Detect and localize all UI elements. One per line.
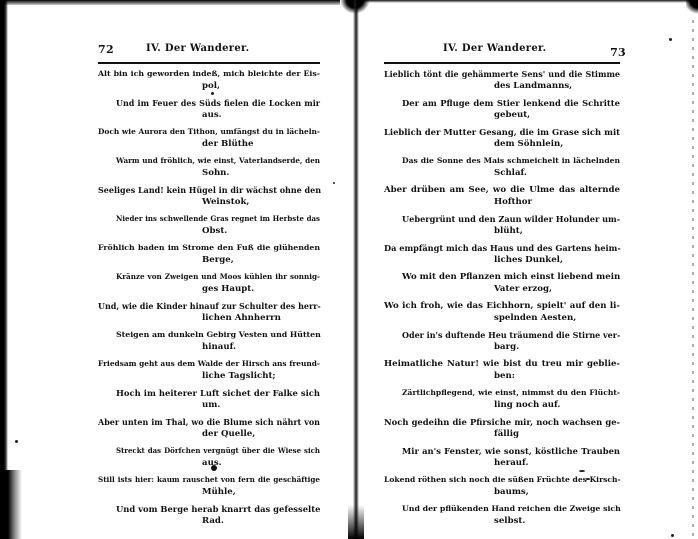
verse: Aber unten im Thal, wo die Blume sich nä… bbox=[98, 416, 320, 440]
verse-line-continuation: spelnden Aesten, bbox=[384, 312, 620, 324]
header-rule bbox=[98, 62, 320, 64]
verse-line-continuation: um. bbox=[98, 399, 320, 411]
verse-line-continuation: liche Tagslicht; bbox=[98, 370, 320, 382]
verse: Doch wie Aurora den Tithon, umfängst du … bbox=[98, 126, 320, 150]
verse: Still ists hier: kaum rauschet von fern … bbox=[98, 474, 320, 498]
gutter-shadow bbox=[348, 505, 364, 539]
header-rule bbox=[384, 62, 620, 64]
verse-line: Mir an's Fenster, wie sonst, köstliche T… bbox=[384, 445, 620, 457]
verse-line: Und im Feuer des Süds fielen die Locken … bbox=[98, 97, 320, 109]
verse: Das die Sonne des Mais schmeichelt in lä… bbox=[384, 155, 620, 179]
verse-line: Streckt das Dörfchen vergnügt über die W… bbox=[98, 445, 320, 457]
verse-line: Wo ich froh, wie das Eichhorn, spielt' a… bbox=[384, 300, 620, 312]
verse: Wo mit den Pflanzen mich einst liebend m… bbox=[384, 271, 620, 295]
verse-line: Uebergrünt und den Zaun wilder Holunder … bbox=[384, 213, 620, 225]
page-number: 72 bbox=[98, 43, 114, 56]
verse-list: Alt bin ich geworden indeß, mich bleicht… bbox=[98, 68, 320, 527]
scan-speck bbox=[15, 440, 18, 443]
running-head-title: IV. Der Wanderer. bbox=[443, 43, 546, 54]
verse-line: Zärtlichpflegend, wie einst, nimmst du d… bbox=[384, 387, 620, 399]
verse: Heimatliche Natur! wie bist du treu mir … bbox=[384, 358, 620, 382]
verse: Und vom Berge herab knarrt das gefesselt… bbox=[98, 503, 320, 527]
verse: Fröhlich baden im Strome den Fuß die glü… bbox=[98, 242, 320, 266]
verse-line: Der am Pfluge dem Stier lenkend die Schr… bbox=[384, 97, 620, 109]
verse: Lieblich der Mutter Gesang, die im Grase… bbox=[384, 126, 620, 150]
verse: Alt bin ich geworden indeß, mich bleicht… bbox=[98, 68, 320, 92]
verse-line: Seeliges Land! kein Hügel in dir wächst … bbox=[98, 184, 320, 196]
verse-line-continuation: liches Dunkel, bbox=[384, 254, 620, 266]
verse: Steigen am dunkeln Gebirg Vesten und Hüt… bbox=[98, 329, 320, 353]
verse-line: Kränze von Zweigen und Moos kühlen ihr s… bbox=[98, 271, 320, 283]
scan-speck bbox=[669, 38, 672, 41]
verse-line-continuation: Sohn. bbox=[98, 167, 320, 179]
verse-line-continuation: ben: bbox=[384, 370, 620, 382]
verse: Lokend röthen sich noch die süßen Frücht… bbox=[384, 474, 620, 498]
verse-line: Das die Sonne des Mais schmeichelt in lä… bbox=[384, 155, 620, 167]
verse-line: Warm und fröhlich, wie einst, Vaterlands… bbox=[98, 155, 320, 167]
verse-line: Nieder ins schwellende Gras regnet im He… bbox=[98, 213, 320, 225]
verse: Kränze von Zweigen und Moos kühlen ihr s… bbox=[98, 271, 320, 295]
verse-line: Lieblich tönt die gehämmerte Sens' und d… bbox=[384, 68, 620, 80]
verse: Seeliges Land! kein Hügel in dir wächst … bbox=[98, 184, 320, 208]
scan-speck bbox=[586, 478, 590, 480]
verse-line-continuation: fällig bbox=[384, 428, 620, 440]
verse-line: Und der pflükenden Hand reichen die Zwei… bbox=[384, 503, 620, 515]
verse-line: Aber drüben am See, wo die Ulme das alte… bbox=[384, 184, 620, 196]
end-ornament bbox=[211, 465, 217, 471]
verse-line-continuation: Vater erzog, bbox=[384, 283, 620, 295]
verse: Lieblich tönt die gehämmerte Sens' und d… bbox=[384, 68, 620, 92]
verse: Aber drüben am See, wo die Ulme das alte… bbox=[384, 184, 620, 208]
page-number: 73 bbox=[610, 46, 626, 59]
book-gutter bbox=[353, 0, 359, 539]
book-spread: 72 IV. Der Wanderer. Alt bin ich geworde… bbox=[0, 0, 698, 539]
verse-line: Und, wie die Kinder hinauf zur Schulter … bbox=[98, 300, 320, 312]
verse-line-continuation: dem Söhnlein, bbox=[384, 138, 620, 150]
verse-line-continuation: lichen Ahnherrn bbox=[98, 312, 320, 324]
scan-speck bbox=[671, 534, 674, 537]
book-edge-left bbox=[0, 0, 8, 539]
verse: Oder in's duftende Heu träumend die Stir… bbox=[384, 329, 620, 353]
verse-line-continuation: Obst. bbox=[98, 225, 320, 237]
verse-line: Da empfängt mich das Haus und des Garten… bbox=[384, 242, 620, 254]
verse: Warm und fröhlich, wie einst, Vaterlands… bbox=[98, 155, 320, 179]
verse-line-continuation: der Quelle, bbox=[98, 428, 320, 440]
verse-line: Lieblich der Mutter Gesang, die im Grase… bbox=[384, 126, 620, 138]
verse: Und im Feuer des Süds fielen die Locken … bbox=[98, 97, 320, 121]
verse-line-continuation: Hofthor bbox=[384, 196, 620, 208]
page-curl-shadow bbox=[0, 470, 22, 539]
verse-line-continuation: Mühle, bbox=[98, 486, 320, 498]
verse-line: Noch gedeihn die Pfirsiche mir, noch wac… bbox=[384, 416, 620, 428]
verse: Streckt das Dörfchen vergnügt über die W… bbox=[98, 445, 320, 469]
verse-line: Heimatliche Natur! wie bist du treu mir … bbox=[384, 358, 620, 370]
verse-line-continuation: ling noch auf. bbox=[384, 399, 620, 411]
book-edge-right bbox=[692, 20, 694, 539]
verse-line-continuation: aus. bbox=[98, 457, 320, 469]
verse-line-continuation: Schlaf. bbox=[384, 167, 620, 179]
running-head: IV. Der Wanderer. 73 bbox=[398, 43, 620, 57]
verse-line-continuation: barg. bbox=[384, 341, 620, 353]
verse-line-continuation: selbst. bbox=[384, 515, 620, 527]
scan-speck bbox=[333, 182, 335, 184]
verse-line-continuation: pol, bbox=[98, 80, 320, 92]
verse: Nieder ins schwellende Gras regnet im He… bbox=[98, 213, 320, 237]
verse-line-continuation: blüht, bbox=[384, 225, 620, 237]
verse-line-continuation: herauf. bbox=[384, 457, 620, 469]
left-page: 72 IV. Der Wanderer. Alt bin ich geworde… bbox=[98, 0, 320, 539]
verse-line: Fröhlich baden im Strome den Fuß die glü… bbox=[98, 242, 320, 254]
verse: Uebergrünt und den Zaun wilder Holunder … bbox=[384, 213, 620, 237]
verse: Wo ich froh, wie das Eichhorn, spielt' a… bbox=[384, 300, 620, 324]
verse-line-continuation: hinauf. bbox=[98, 341, 320, 353]
verse-line-continuation: baums, bbox=[384, 486, 620, 498]
verse-line: Still ists hier: kaum rauschet von fern … bbox=[98, 474, 320, 486]
verse: Zärtlichpflegend, wie einst, nimmst du d… bbox=[384, 387, 620, 411]
verse-line-continuation: der Blüthe bbox=[98, 138, 320, 150]
verse-line-continuation: gebeut, bbox=[384, 109, 620, 121]
verse: Und der pflükenden Hand reichen die Zwei… bbox=[384, 503, 620, 527]
verse-list: Lieblich tönt die gehämmerte Sens' und d… bbox=[384, 68, 620, 527]
verse-line: Alt bin ich geworden indeß, mich bleicht… bbox=[98, 68, 320, 80]
verse: Der am Pfluge dem Stier lenkend die Schr… bbox=[384, 97, 620, 121]
verse: Mir an's Fenster, wie sonst, köstliche T… bbox=[384, 445, 620, 469]
verse-line: Wo mit den Pflanzen mich einst liebend m… bbox=[384, 271, 620, 283]
verse: Friedsam geht aus dem Walde der Hirsch a… bbox=[98, 358, 320, 382]
verse-line: Und vom Berge herab knarrt das gefesselt… bbox=[98, 503, 320, 515]
verse-line: Steigen am dunkeln Gebirg Vesten und Hüt… bbox=[98, 329, 320, 341]
verse: Hoch im heiterer Luft sichet der Falke s… bbox=[98, 387, 320, 411]
verse: Noch gedeihn die Pfirsiche mir, noch wac… bbox=[384, 416, 620, 440]
verse-line-continuation: ges Haupt. bbox=[98, 283, 320, 295]
verse-line-continuation: Rad. bbox=[98, 515, 320, 527]
verse-line: Friedsam geht aus dem Walde der Hirsch a… bbox=[98, 358, 320, 370]
verse-line-continuation: aus. bbox=[98, 109, 320, 121]
verse-line-continuation: des Landmanns, bbox=[384, 80, 620, 92]
scan-speck bbox=[211, 92, 214, 95]
verse-line-continuation: Weinstok, bbox=[98, 196, 320, 208]
verse: Und, wie die Kinder hinauf zur Schulter … bbox=[98, 300, 320, 324]
verse-line: Aber unten im Thal, wo die Blume sich nä… bbox=[98, 416, 320, 428]
right-page: IV. Der Wanderer. 73 Lieblich tönt die g… bbox=[398, 0, 620, 539]
verse-line: Hoch im heiterer Luft sichet der Falke s… bbox=[98, 387, 320, 399]
verse-line: Oder in's duftende Heu träumend die Stir… bbox=[384, 329, 620, 341]
verse-line-continuation: Berge, bbox=[98, 254, 320, 266]
running-head: 72 IV. Der Wanderer. bbox=[98, 43, 320, 57]
scan-speck bbox=[579, 470, 585, 472]
running-head-title: IV. Der Wanderer. bbox=[146, 43, 249, 54]
verse-line: Lokend röthen sich noch die süßen Frücht… bbox=[384, 474, 620, 486]
verse-line: Doch wie Aurora den Tithon, umfängst du … bbox=[98, 126, 320, 138]
verse: Da empfängt mich das Haus und des Garten… bbox=[384, 242, 620, 266]
